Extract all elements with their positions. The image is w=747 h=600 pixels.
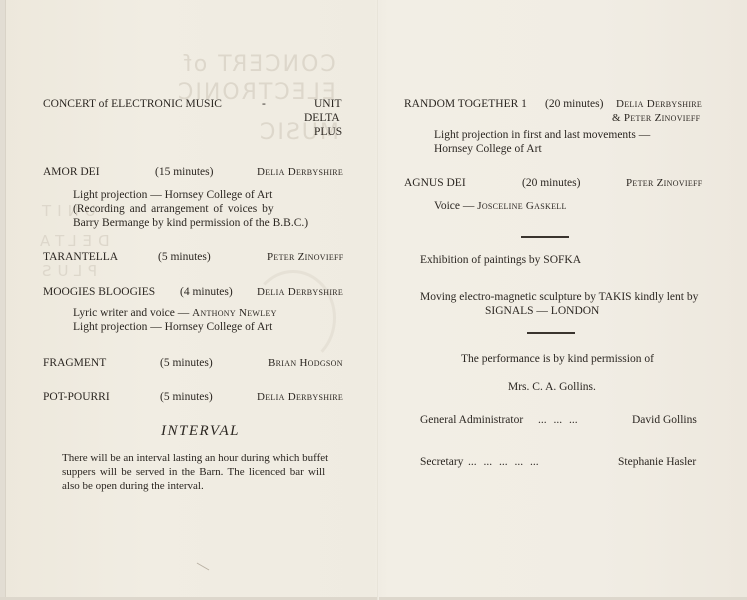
piece-note: Barry Bermange by kind permission of the… — [73, 216, 308, 230]
note-credit: Anthony Newley — [192, 307, 277, 319]
interval-text: suppers will be served in the Barn. The … — [62, 465, 325, 479]
piece-note: Light projection in first and last movem… — [434, 128, 650, 142]
note-role: Voice — — [434, 200, 477, 212]
piece-note: Light projection — Hornsey College of Ar… — [73, 188, 272, 202]
piece-duration: (5 minutes) — [160, 390, 213, 404]
piece-title: AMOR DEI — [43, 165, 100, 179]
show-through-text: CONCERT of — [182, 52, 336, 77]
piece-composer: Delia Derbyshire — [257, 390, 343, 404]
note-role: Lyric writer and voice — — [73, 307, 192, 319]
permission-name: Mrs. C. A. Gollins. — [508, 380, 596, 394]
piece-duration: (4 minutes) — [180, 285, 233, 299]
staff-dots: ... ... ... ... ... — [468, 455, 539, 469]
show-through-text: PLUS — [36, 262, 97, 280]
piece-note: Voice — Josceline Gaskell — [434, 199, 567, 213]
note-credit: Josceline Gaskell — [477, 200, 566, 212]
programme-sheet: CONCERT of ELECTRONIC MUSIC UNIT DELTA P… — [0, 0, 747, 600]
piece-title: AGNUS DEI — [404, 176, 466, 190]
piece-composer: Delia Derbyshire — [257, 285, 343, 299]
group-name-line2: DELTA — [304, 111, 340, 125]
piece-title: POT-POURRI — [43, 390, 110, 404]
group-name-line1: UNIT — [314, 97, 341, 111]
piece-note: Lyric writer and voice — Anthony Newley — [73, 306, 277, 320]
title-dash: - — [262, 97, 266, 111]
sculpture-lender: SIGNALS — LONDON — [485, 304, 599, 318]
interval-heading: INTERVAL — [161, 424, 240, 438]
piece-title: RANDOM TOGETHER 1 — [404, 97, 527, 111]
staff-role: General Administrator — [420, 413, 523, 427]
piece-duration: (5 minutes) — [160, 356, 213, 370]
piece-duration: (5 minutes) — [158, 250, 211, 264]
piece-duration: (15 minutes) — [155, 165, 213, 179]
piece-composer: Peter Zinovieff — [267, 250, 344, 264]
interval-text: There will be an interval lasting an hou… — [62, 451, 328, 465]
piece-title: MOOGIES BLOOGIES — [43, 285, 155, 299]
piece-composer: & Peter Zinovieff — [612, 111, 700, 125]
group-name-line3: PLUS — [314, 125, 342, 139]
piece-duration: (20 minutes) — [545, 97, 603, 111]
piece-composer: Peter Zinovieff — [626, 176, 703, 190]
staff-role: Secretary — [420, 455, 463, 469]
piece-title: FRAGMENT — [43, 356, 106, 370]
paintings-exhibition: Exhibition of paintings by SOFKA — [420, 253, 581, 267]
piece-duration: (20 minutes) — [522, 176, 580, 190]
interval-text: also be open during the interval. — [62, 479, 204, 493]
show-through-text: DELTA — [34, 232, 110, 250]
piece-note: Light projection — Hornsey College of Ar… — [73, 320, 272, 334]
paper-edge-left — [0, 0, 6, 600]
center-fold — [377, 0, 379, 600]
piece-title: TARANTELLA — [43, 250, 118, 264]
staff-name: David Gollins — [632, 413, 697, 427]
piece-note: Hornsey College of Art — [434, 142, 542, 156]
piece-composer: Delia Derbyshire — [616, 97, 702, 111]
permission-text: The performance is by kind permission of — [461, 352, 654, 366]
staff-dots: ... ... ... — [538, 413, 578, 427]
piece-composer: Delia Derbyshire — [257, 165, 343, 179]
staff-name: Stephanie Hasler — [618, 455, 696, 469]
sculpture-exhibition: Moving electro-magnetic sculpture by TAK… — [420, 290, 698, 304]
concert-title: CONCERT of ELECTRONIC MUSIC — [43, 97, 222, 111]
piece-note: (Recording and arrangement of voices by — [73, 202, 274, 216]
paper-mark — [197, 563, 210, 571]
piece-composer: Brian Hodgson — [268, 356, 343, 370]
section-divider — [527, 332, 575, 334]
section-divider — [521, 236, 569, 238]
